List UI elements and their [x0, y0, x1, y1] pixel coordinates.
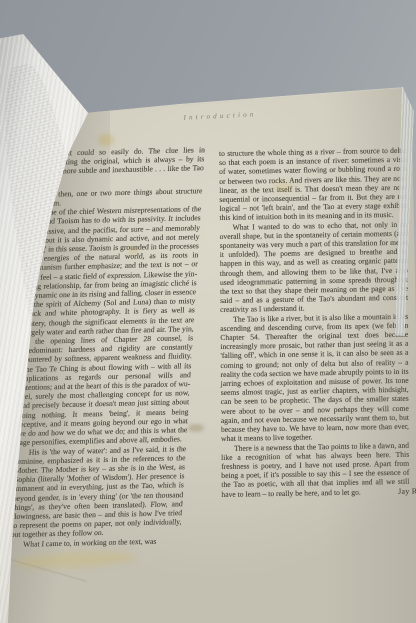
paragraph: to structure the whole thing as a river …	[219, 146, 407, 223]
page-header-introduction: Introduction	[110, 107, 330, 126]
page-stain	[128, 247, 138, 255]
author-signature: Jay Ram	[221, 486, 416, 499]
page-stain	[272, 182, 294, 192]
paragraph: His is 'the way of water': and as I've s…	[10, 444, 186, 540]
book-photo: Introduction moments it could so easily …	[0, 0, 416, 623]
page-top-edge-highlight	[84, 84, 409, 113]
page-crease	[0, 556, 87, 582]
right-text-column: to structure the whole thing as a river …	[219, 146, 409, 499]
page-stain	[188, 424, 204, 432]
page-stain	[98, 134, 114, 146]
paragraph: There is a newness that the Tao points t…	[221, 440, 409, 499]
paragraph: What I came to, in working on the text, …	[10, 536, 181, 549]
paragraph: What I wanted to do was to echo that, no…	[220, 219, 409, 314]
paragraph: The Tao is like a river, but it is also …	[220, 311, 409, 443]
page-stain	[14, 549, 137, 571]
